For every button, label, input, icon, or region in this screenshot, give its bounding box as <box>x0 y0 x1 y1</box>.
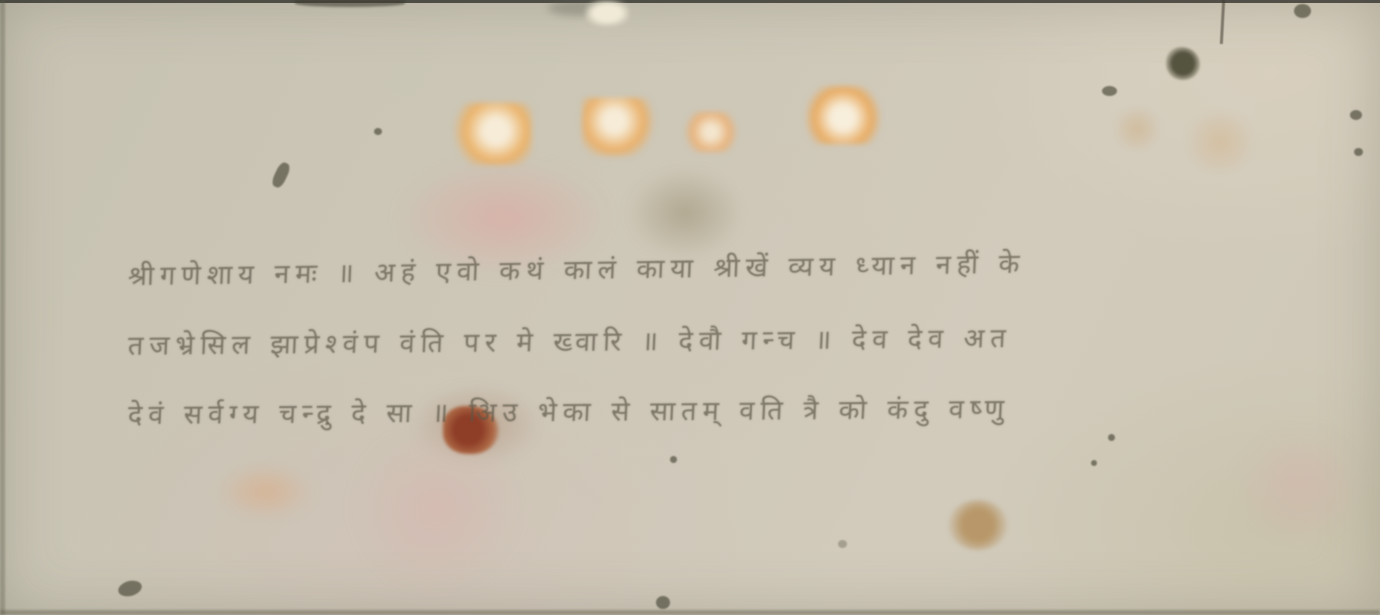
orange-stain <box>452 103 532 165</box>
olive-stain <box>628 168 743 258</box>
paper-top-edge-shadow <box>295 0 405 7</box>
manuscript-line-3: देवं सर्वग्य चन्द्रु दे सा ॥ अिउ भेका से… <box>127 389 1011 432</box>
dark-speck <box>116 578 143 599</box>
dark-speck <box>270 161 292 190</box>
orange-stain <box>582 98 654 156</box>
pink-stain-bottom-left <box>352 425 522 590</box>
paper-left-edge <box>0 0 5 615</box>
paper-crack <box>1220 0 1225 44</box>
tan-stain <box>1183 113 1257 171</box>
dark-speck <box>1354 148 1363 156</box>
white-blot-top <box>585 0 629 26</box>
orange-stain-bottom-left <box>218 464 313 519</box>
dark-speck <box>670 456 677 463</box>
paper-top-edge <box>0 0 1380 3</box>
manuscript-photo: श्रीगणेशाय नमः ॥ अहं एवो कथं कालं काया श… <box>0 0 1380 615</box>
manuscript-line-2: तजभ्रेसिल झाप्रेश्वंप वंति पर मे ख्वारि … <box>127 318 1012 363</box>
tan-stain-bottom <box>948 500 1008 550</box>
manuscript-line-1: श्रीगणेशाय नमः ॥ अहं एवो कथं कालं काया श… <box>127 244 1026 294</box>
pink-stain-bottom-right <box>1235 425 1365 545</box>
dark-speck <box>838 540 847 548</box>
dark-speck <box>656 596 670 609</box>
dark-speck <box>1091 460 1097 466</box>
dark-speck <box>1108 434 1115 441</box>
dark-speck <box>374 128 382 135</box>
orange-stain <box>806 86 880 144</box>
tan-stain <box>1113 108 1161 150</box>
orange-stain <box>683 112 739 152</box>
dark-speck <box>1294 4 1311 18</box>
dark-speck <box>1102 86 1117 96</box>
paper-bottom-edge <box>0 610 1380 615</box>
dark-speck <box>1350 110 1362 120</box>
dark-blot-top-right <box>1166 47 1200 80</box>
